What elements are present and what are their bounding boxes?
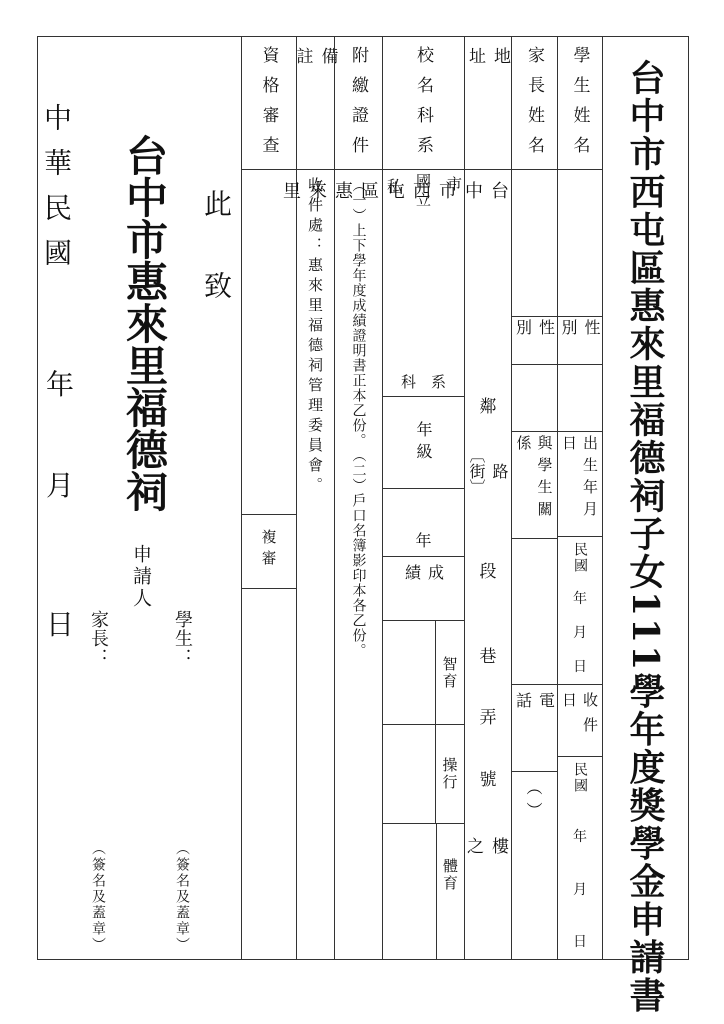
- birth-era-label: 民國: [570, 542, 590, 574]
- address-strip: 地址 台中市西屯區惠來里 鄰 路︹街︺ 段 巷 弄 號 樓之: [464, 37, 511, 959]
- student-name-label-cell: 學生姓名: [558, 37, 602, 169]
- address-label: 地址: [463, 37, 513, 169]
- school-year-cell: 年: [383, 488, 464, 556]
- notes-strip: 備註 收件處：惠來里福德祠管理委員會。: [296, 37, 334, 959]
- score-pe-label-cell: 體育: [436, 824, 464, 959]
- parent-phone-label-cell: 電話: [512, 684, 557, 771]
- date-month-label: 月: [44, 464, 76, 504]
- score-intellect-blank-cell: [383, 621, 435, 724]
- score-conduct-label-cell: 操行: [435, 725, 464, 823]
- notes-text: 收件處：惠來里福德祠管理委員會。: [305, 170, 326, 497]
- score-label: 成績: [401, 557, 447, 620]
- address-label-cell: 地址: [465, 37, 511, 169]
- date-year-label: 年: [44, 363, 76, 403]
- parent-name-label-cell: 家長姓名: [512, 37, 557, 169]
- student-gender-blank-cell: [558, 364, 602, 431]
- address-neighbor-label: 鄰: [465, 392, 511, 417]
- score-intellect-row: 智育: [383, 620, 464, 724]
- parent-sign-seal-note: ︵簽名及蓋章︶: [88, 841, 108, 953]
- notes-label-cell: 備註: [297, 37, 334, 169]
- school-year-suffix: 年: [415, 528, 431, 556]
- parent-name-label: 家長姓名: [522, 37, 547, 166]
- phone-paren-open: ︵: [526, 776, 542, 799]
- birth-month-label: 月: [573, 622, 587, 642]
- receipt-year-label: 年: [573, 826, 587, 846]
- address-city-prefix: 台中市西屯區惠來里: [465, 181, 511, 204]
- application-form-page: 此致 台中市惠來里福德祠 申請人 學生： 家長： ︵簽名及蓋章︶ ︵簽名及蓋章︶…: [0, 0, 724, 1024]
- parent-gender-label: 性別: [512, 317, 558, 364]
- student-gender-label: 性別: [557, 317, 603, 364]
- form-table: 此致 台中市惠來里福德祠 申請人 學生： 家長： ︵簽名及蓋章︶ ︵簽名及蓋章︶…: [37, 36, 689, 960]
- title-cell: 台中市西屯區惠來里福德祠子女111學年度獎學金申請書: [603, 37, 688, 1014]
- parent-relation-label: 與學生關係: [514, 432, 556, 538]
- parent-gender-label-cell: 性別: [512, 316, 557, 364]
- score-pe-row: 體育: [383, 823, 464, 959]
- receipt-label: 收件日: [559, 685, 601, 756]
- address-lane-label: 巷: [465, 642, 511, 667]
- school-department-label: 科 系: [383, 371, 464, 392]
- receipt-label-cell: 收件日: [558, 684, 602, 756]
- notes-value-cell: 收件處：惠來里福德祠管理委員會。: [297, 169, 334, 959]
- student-strip: 學生姓名 性別 出生年月日 民國 年 月 日 收件日 民國 年 月: [557, 37, 602, 959]
- student-name-label: 學生姓名: [568, 37, 593, 166]
- parent-relation-blank-cell: [512, 538, 557, 684]
- salutation-text: 此致: [196, 189, 236, 353]
- date-era-label: 中華民國: [44, 103, 76, 283]
- title-strip: 台中市西屯區惠來里福德祠子女111學年度獎學金申請書: [602, 37, 688, 959]
- address-section-label: 段: [465, 557, 511, 582]
- parent-phone-value-cell: ︵ ︶: [512, 771, 557, 959]
- grade-label: 年級: [412, 397, 435, 465]
- student-birth-label: 出生年月日: [559, 432, 601, 536]
- score-conduct-row: 操行: [383, 724, 464, 823]
- receipt-month-label: 月: [573, 879, 587, 899]
- school-label: 校名科系: [411, 37, 436, 166]
- school-label-cell: 校名科系: [383, 37, 464, 169]
- score-pe-label: 體育: [440, 858, 461, 892]
- recipient-name: 台中市惠來里福德祠: [114, 134, 174, 512]
- birth-day-label: 日: [573, 656, 587, 676]
- documents-value-cell: ︵一︶上下學年度成績證明書正本乙份。︵二︶戶口名簿影印本各乙份。: [335, 169, 382, 959]
- student-signature-label: 學生：: [169, 610, 195, 667]
- form-title: 台中市西屯區惠來里福德祠子女111學年度獎學金申請書: [620, 37, 671, 1014]
- documents-strip: 附繳證件 ︵一︶上下學年度成績證明書正本乙份。︵二︶戶口名簿影印本各乙份。: [334, 37, 382, 959]
- address-number-label: 號: [465, 765, 511, 790]
- receipt-era-label: 民國: [570, 762, 590, 794]
- score-pe-blank-cell: [383, 824, 436, 959]
- documents-text: ︵一︶上下學年度成績證明書正本乙份。︵二︶戶口名簿影印本各乙份。: [350, 170, 366, 658]
- student-sign-seal-note: ︵簽名及蓋章︶: [172, 841, 192, 953]
- date-day-label: 日: [44, 603, 76, 643]
- receipt-day-label: 日: [573, 931, 587, 951]
- score-intellect-label-cell: 智育: [435, 621, 464, 724]
- review-second-blank-cell: [242, 588, 296, 959]
- address-value-cell: 台中市西屯區惠來里 鄰 路︹街︺ 段 巷 弄 號 樓之: [465, 169, 511, 959]
- review-second-cell: 複審: [242, 514, 296, 588]
- student-name-blank-cell: [558, 169, 602, 316]
- student-birth-value-cell: 民國 年 月 日: [558, 536, 602, 684]
- documents-label-cell: 附繳證件: [335, 37, 382, 169]
- receipt-value-cell: 民國 年 月 日: [558, 756, 602, 959]
- student-birth-label-cell: 出生年月日: [558, 431, 602, 536]
- parent-name-blank-cell: [512, 169, 557, 316]
- score-conduct-blank-cell: [383, 725, 435, 823]
- parent-phone-label: 電話: [512, 685, 558, 771]
- score-intellect-label: 智育: [440, 656, 461, 690]
- score-label-cell: 成績: [383, 556, 464, 620]
- documents-label: 附繳證件: [346, 37, 371, 166]
- student-gender-label-cell: 性別: [558, 316, 602, 364]
- phone-paren-close: ︶: [526, 799, 542, 822]
- review-second-label: 複審: [259, 515, 280, 571]
- parent-signature-label: 家長：: [85, 610, 111, 667]
- address-road-label: 路︹街︺: [465, 447, 511, 495]
- score-conduct-label: 操行: [440, 757, 461, 791]
- parent-gender-blank-cell: [512, 364, 557, 431]
- notes-label: 備註: [291, 37, 341, 169]
- applicant-label: 申請人: [128, 544, 155, 610]
- review-label-cell: 資格審查: [242, 37, 296, 169]
- review-first-blank-cell: [242, 169, 296, 514]
- school-strip: 校名科系 私 國立 市 科 系 年級 年 成績 智育: [382, 37, 464, 959]
- parent-strip: 家長姓名 性別 與學生關係 電話 ︵ ︶: [511, 37, 557, 959]
- parent-relation-label-cell: 與學生關係: [512, 431, 557, 538]
- address-floor-label: 樓之: [465, 837, 511, 857]
- address-alley-label: 弄: [465, 703, 511, 728]
- review-strip: 資格審查 複審: [241, 37, 296, 959]
- grade-label-cell: 年級: [383, 396, 464, 488]
- review-label: 資格審查: [257, 37, 282, 166]
- birth-year-label: 年: [573, 588, 587, 608]
